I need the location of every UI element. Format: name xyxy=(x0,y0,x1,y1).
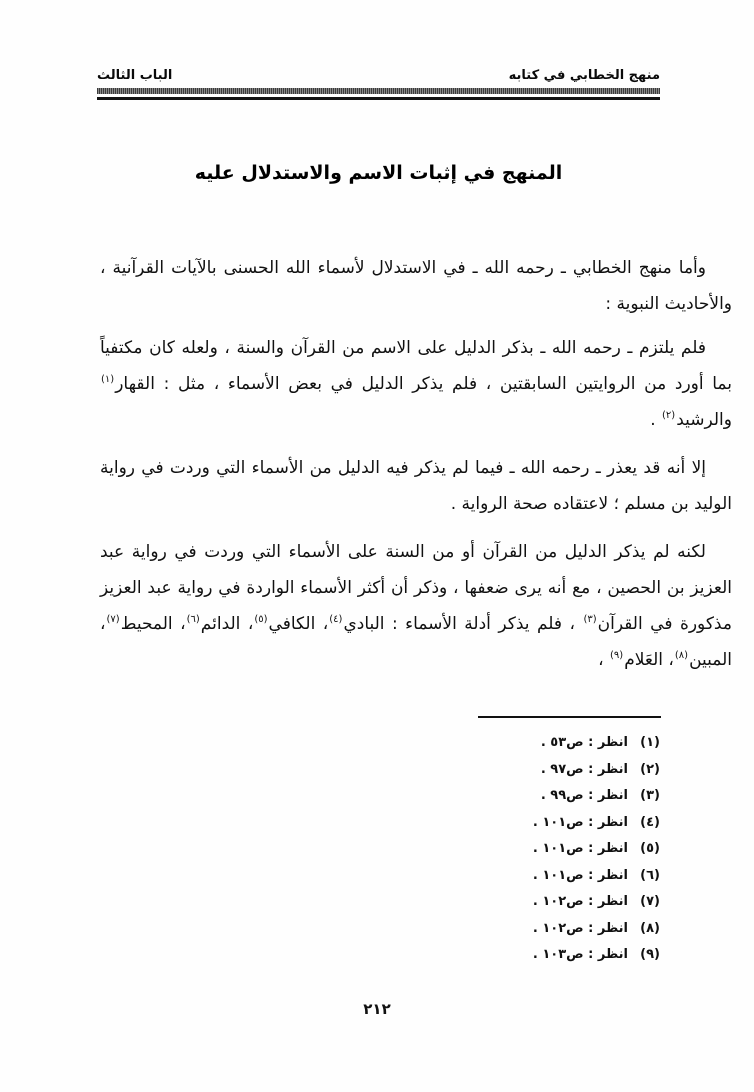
footnote-2: (٢) انظر : ص٩٧ . xyxy=(360,757,660,784)
paragraph-4: لكنه لم يذكر الدليل من القرآن أو من السن… xyxy=(100,534,732,678)
footnote-ref-3[interactable]: (٣) xyxy=(582,614,597,625)
footnote-4: (٤) انظر : ص١٠١ . xyxy=(360,810,660,837)
paragraph-4-tail: ، xyxy=(598,650,609,670)
name-al-kafi: ، الكافي xyxy=(269,614,329,634)
paragraph-4-text-list-intro: ، فلم يذكر أدلة الأسماء : البادي xyxy=(343,614,582,634)
footnote-8: (٨) انظر : ص١٠٢ . xyxy=(360,916,660,943)
name-al-allam: ، العَلام xyxy=(624,650,674,670)
running-header-chapter: الباب الثالث xyxy=(97,68,172,84)
footnote-ref-2[interactable]: (٢) xyxy=(661,410,676,421)
footnote-5: (٥) انظر : ص١٠١ . xyxy=(360,836,660,863)
footnote-ref-4[interactable]: (٤) xyxy=(328,614,343,625)
section-title: المنهج في إثبات الاسم والاستدلال عليه xyxy=(97,158,660,188)
footnote-number: (٩) xyxy=(628,942,660,969)
footnote-6: (٦) انظر : ص١٠١ . xyxy=(360,863,660,890)
footnote-number: (٤) xyxy=(628,810,660,837)
body-text: وأما منهج الخطابي ـ رحمه الله ـ في الاست… xyxy=(100,250,732,690)
footnotes: (١) انظر : ص٥٣ . (٢) انظر : ص٩٧ . (٣) ان… xyxy=(360,730,660,969)
footnote-number: (٥) xyxy=(628,836,660,863)
paragraph-2-text-mid: والرشيد xyxy=(676,410,732,430)
book-page: منهج الخطابي في كتابه الباب الثالث المنه… xyxy=(0,0,754,1092)
footnote-ref-5[interactable]: (٥) xyxy=(253,614,268,625)
footnote-number: (٧) xyxy=(628,889,660,916)
paragraph-2-text: فلم يلتزم ـ رحمه الله ـ بذكر الدليل على … xyxy=(100,338,732,394)
paragraph-3-text: إلا أنه قد يعذر ـ رحمه الله ـ فيما لم يذ… xyxy=(100,458,732,514)
running-header-book-title: منهج الخطابي في كتابه xyxy=(509,68,660,84)
footnote-text: انظر : ص١٠٣ . xyxy=(533,942,628,969)
footnote-9: (٩) انظر : ص١٠٣ . xyxy=(360,942,660,969)
footnote-number: (٨) xyxy=(628,916,660,943)
footnote-7: (٧) انظر : ص١٠٢ . xyxy=(360,889,660,916)
footnote-1: (١) انظر : ص٥٣ . xyxy=(360,730,660,757)
paragraph-3: إلا أنه قد يعذر ـ رحمه الله ـ فيما لم يذ… xyxy=(100,450,732,522)
footnote-number: (١) xyxy=(628,730,660,757)
page-number: ٢١٢ xyxy=(0,1000,754,1018)
footnote-ref-9[interactable]: (٩) xyxy=(609,650,624,661)
footnote-text: انظر : ص٩٧ . xyxy=(541,757,628,784)
footnote-number: (٣) xyxy=(628,783,660,810)
running-header: منهج الخطابي في كتابه الباب الثالث xyxy=(97,62,660,84)
footnote-ref-6[interactable]: (٦) xyxy=(186,614,201,625)
footnote-number: (٢) xyxy=(628,757,660,784)
paragraph-2: فلم يلتزم ـ رحمه الله ـ بذكر الدليل على … xyxy=(100,330,732,438)
name-al-muhit: ، المحيط xyxy=(121,614,186,634)
footnote-ref-8[interactable]: (٨) xyxy=(674,650,689,661)
footnote-text: انظر : ص١٠٢ . xyxy=(533,916,628,943)
footnote-text: انظر : ص١٠١ . xyxy=(533,836,628,863)
header-rule xyxy=(97,88,660,100)
footnote-ref-1[interactable]: (١) xyxy=(100,374,115,385)
footnote-separator xyxy=(478,716,661,718)
footnote-3: (٣) انظر : ص٩٩ . xyxy=(360,783,660,810)
footnote-text: انظر : ص٩٩ . xyxy=(541,783,628,810)
footnote-text: انظر : ص١٠١ . xyxy=(533,863,628,890)
footnote-text: انظر : ص١٠١ . xyxy=(533,810,628,837)
footnote-text: انظر : ص١٠٢ . xyxy=(533,889,628,916)
footnote-text: انظر : ص٥٣ . xyxy=(541,730,628,757)
header-rule-solid xyxy=(97,97,660,100)
paragraph-1: وأما منهج الخطابي ـ رحمه الله ـ في الاست… xyxy=(100,250,732,322)
footnote-number: (٦) xyxy=(628,863,660,890)
footnote-ref-7[interactable]: (٧) xyxy=(106,614,121,625)
name-al-daim: ، الدائم xyxy=(201,614,254,634)
paragraph-1-text: وأما منهج الخطابي ـ رحمه الله ـ في الاست… xyxy=(100,258,732,314)
paragraph-2-text-end: . xyxy=(650,410,661,430)
